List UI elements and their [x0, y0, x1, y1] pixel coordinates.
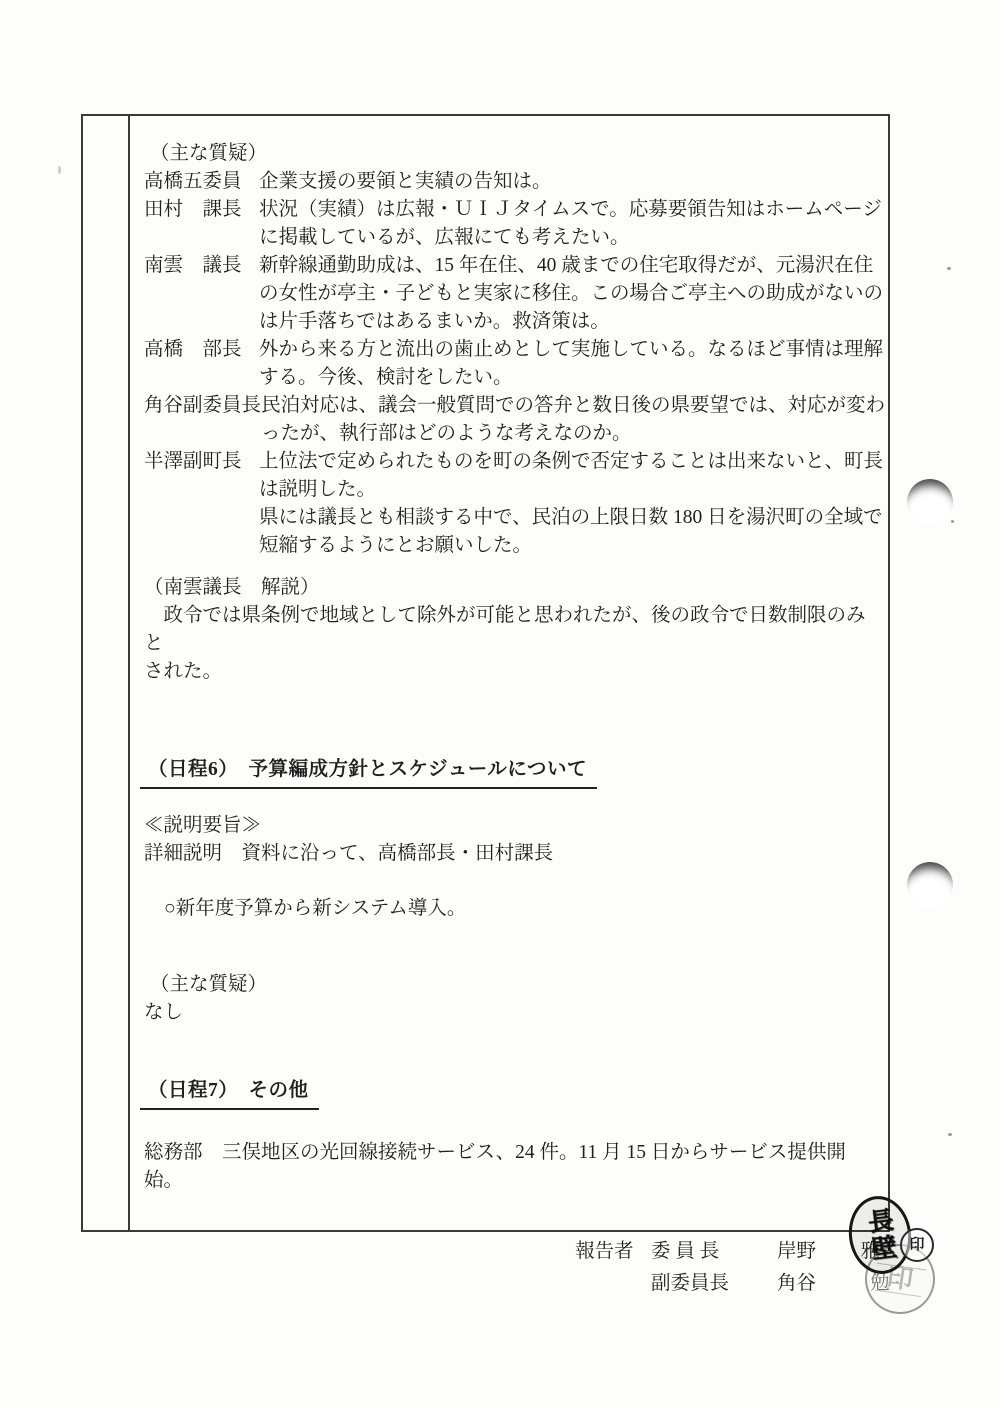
- qa-line: 短縮するようにとお願いした。: [259, 532, 883, 560]
- commentary-line: 政令では県条例で地域として除外が可能と思われたが、後の政令で日数制限のみと: [144, 602, 878, 658]
- qa-row: 高橋五委員 企業支援の要領と実績の告知は。: [144, 168, 878, 196]
- qa-body: 上位法で定められたものを町の条例で否定することは出来ないと、町長 は説明した。 …: [259, 448, 883, 560]
- qa-line: 新幹線通勤助成は、15 年在住、40 歳までの住宅取得だが、元湯沢在住: [259, 252, 883, 280]
- in-seal: 印: [900, 1228, 934, 1262]
- qa-row: 高橋 部長 外から来る方と流出の歯止めとして実施している。なるほど事情は理解 す…: [144, 336, 878, 392]
- qa-line: 外から来る方と流出の歯止めとして実施している。なるほど事情は理解: [259, 336, 883, 364]
- qa-line: は片手落ちではあるまいか。救済策は。: [259, 308, 883, 336]
- qa-line: に掲載しているが、広報にても考えたい。: [259, 224, 882, 252]
- agenda6-heading: （日程6） 予算編成方針とスケジュールについて: [140, 756, 597, 789]
- qa-body: 外から来る方と流出の歯止めとして実施している。なるほど事情は理解 する。今後、検…: [259, 336, 883, 392]
- reporter-label: 報告者: [575, 1238, 651, 1266]
- summary-heading: ≪説明要旨≫: [144, 812, 878, 840]
- qa-line: ったが、執行部はどのような考えなのか。: [261, 420, 885, 448]
- bullet-line: ○新年度予算から新システム導入。: [164, 895, 878, 923]
- qa-row: 南雲 議長 新幹線通勤助成は、15 年在住、40 歳までの住宅取得だが、元湯沢在…: [144, 252, 878, 336]
- reporter-family-name: 角谷: [777, 1270, 851, 1298]
- qa-line: する。今後、検討をしたい。: [259, 364, 883, 392]
- qa-speaker: 半澤副町長: [144, 448, 259, 560]
- scanned-document-page: （主な質疑） 高橋五委員 企業支援の要領と実績の告知は。 田村 課長 状況（実績…: [0, 0, 1000, 1408]
- qa-body: 民泊対応は、議会一般質問での答弁と数日後の県要望では、対応が変わ ったが、執行部…: [261, 392, 885, 448]
- qa-speaker: 田村 課長: [144, 196, 259, 252]
- agenda7-heading-wrap: （日程7） その他: [144, 1077, 878, 1110]
- qa-speaker: 高橋五委員: [144, 168, 259, 196]
- table-content-column: （主な質疑） 高橋五委員 企業支援の要領と実績の告知は。 田村 課長 状況（実績…: [130, 116, 888, 1230]
- qa-section-heading: （主な質疑）: [150, 140, 878, 168]
- qa-row: 田村 課長 状況（実績）は広報・ＵＩＪタイムスで。応募要領告知はホームページ に…: [144, 196, 878, 252]
- scan-speck: [58, 166, 61, 174]
- qa-line: 状況（実績）は広報・ＵＩＪタイムスで。応募要領告知はホームページ: [259, 196, 882, 224]
- qa-row: 角谷副委員長 民泊対応は、議会一般質問での答弁と数日後の県要望では、対応が変わ …: [144, 392, 878, 448]
- agenda7-heading: （日程7） その他: [140, 1077, 319, 1110]
- agenda6-heading-wrap: （日程6） 予算編成方針とスケジュールについて: [144, 756, 878, 789]
- agenda6-qa-heading: （主な質疑）: [150, 971, 878, 999]
- commentary-line: された。: [144, 658, 878, 686]
- scan-speck: [951, 520, 954, 523]
- table-left-margin-column: [83, 116, 130, 1230]
- qa-body: 新幹線通勤助成は、15 年在住、40 歳までの住宅取得だが、元湯沢在住 の女性が…: [259, 252, 883, 336]
- agenda7-body: 総務部 三俣地区の光回線接続サービス、24 件。11 月 15 日からサービス提…: [144, 1139, 878, 1195]
- qa-line: 上位法で定められたものを町の条例で否定することは出来ないと、町長: [259, 448, 883, 476]
- hole-punch-mark: [907, 862, 953, 908]
- qa-speaker: 南雲 議長: [144, 252, 259, 336]
- reporter-label-spacer: [575, 1270, 651, 1298]
- reporter-role: 副委員長: [651, 1270, 777, 1298]
- qa-row: 半澤副町長 上位法で定められたものを町の条例で否定することは出来ないと、町長 は…: [144, 448, 878, 560]
- qa-line: は説明した。: [259, 476, 883, 504]
- qa-line: 企業支援の要領と実績の告知は。: [259, 168, 878, 196]
- qa-body: 企業支援の要領と実績の告知は。: [259, 168, 878, 196]
- qa-speaker: 角谷副委員長: [144, 392, 261, 448]
- reporter-family-name: 岸野: [777, 1238, 851, 1266]
- agenda6-qa-body: なし: [144, 999, 878, 1027]
- scan-speck: [948, 1133, 952, 1136]
- commentary-heading: （南雲議長 解説）: [144, 574, 878, 602]
- detail-line: 詳細説明 資料に沿って、高橋部長・田村課長: [144, 840, 878, 868]
- qa-line: の女性が亭主・子どもと実家に移住。この場合ご亭主への助成がないの: [259, 280, 883, 308]
- qa-line: 民泊対応は、議会一般質問での答弁と数日後の県要望では、対応が変わ: [261, 392, 885, 420]
- qa-speaker: 高橋 部長: [144, 336, 259, 392]
- seal-stamp-cluster: 印 長壁 印: [843, 1192, 963, 1322]
- reporter-role: 委 員 長: [651, 1238, 777, 1266]
- scan-speck: [947, 267, 951, 270]
- minutes-table: （主な質疑） 高橋五委員 企業支援の要領と実績の告知は。 田村 課長 状況（実績…: [81, 114, 890, 1232]
- qa-line: 県には議長とも相談する中で、民泊の上限日数 180 日を湯沢町の全域で: [259, 504, 883, 532]
- hole-punch-mark: [907, 479, 953, 525]
- qa-body: 状況（実績）は広報・ＵＩＪタイムスで。応募要領告知はホームページ に掲載している…: [259, 196, 882, 252]
